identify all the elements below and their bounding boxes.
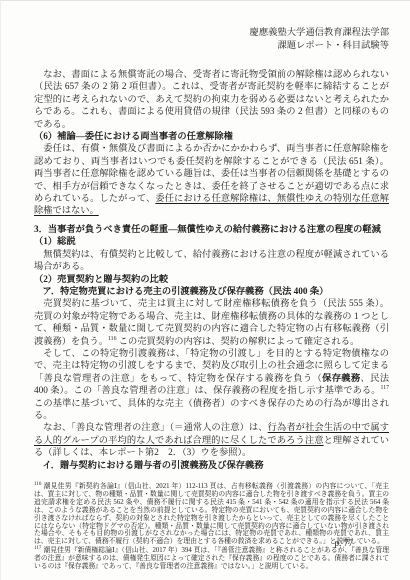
footnote-117-text: 潮見佳男『新債権総論Ⅰ』（信山社、2017 年）394 頁は、「『善管注意義務』… [34, 547, 389, 570]
paragraph-hozongimu-cont: この基準に基づいて、具体的な売主（債務者）のすべき保存のための行為が導出される。 [34, 399, 389, 421]
heading-section3-text: 3．当事者が負うべき責任の軽重―無償性ゆえの給付義務における注意の程度の軽減 [34, 225, 381, 235]
document-header: 慶應義塾大学通信教育課程法学部 課題レポート・科目試験等 [34, 27, 389, 53]
paragraph-baibai-cont: この売買契約の内容は、契約の解釈によって確定される。 [116, 337, 359, 347]
footnote-116-text: 潮見佳男『新契約各論Ⅰ』（信山社、2021 年）112-113 頁は、占有移転義… [34, 483, 389, 545]
header-university-line: 慶應義塾大学通信教育課程法学部 [34, 27, 389, 40]
heading-6-text: （6）補論―委任における両当事者の任意解除権 [34, 132, 233, 142]
paragraph-kitaku: なお、書面による無償寄託の場合、受寄者に寄託物受領前の解除権は認められない（民法… [34, 69, 389, 131]
paragraph-chui: なお、「善良な管理者の注意」（＝通常人の注意）は、行為者が社会生活の中で属する人… [34, 422, 389, 459]
paragraph-kitaku-text: なお、書面による無償寄託の場合、受寄者に寄託物受領前の解除権は認められない（民法… [34, 70, 389, 130]
paragraph-hozongimu-bold: 保存義務 [322, 374, 360, 384]
paragraph-sosetsu: 無償契約は、有償契約と比較して、給付義務における注意の程度が軽減されている場合が… [34, 249, 389, 274]
heading-3-2-text: （2）売買契約と贈与契約の比較 [34, 275, 168, 285]
footnote-117-marker: 117 [34, 546, 43, 551]
paragraph-inin: 委任は、有償・無償及び書面によるか否かにかかわらず、両当事者に任意解除権を認めて… [34, 143, 389, 217]
footnote-116-marker: 116 [34, 482, 43, 487]
footnote-117: 117潮見佳男『新債権総論Ⅰ』（信山社、2017 年）394 頁は、「『善管注意… [34, 547, 389, 571]
footnote-ref-117: 117 [381, 385, 389, 391]
heading-3-2-i-text: イ．贈与契約における贈与者の引渡義務及び保存義務 [42, 461, 263, 471]
header-report-line: 課題レポート・科目試験等 [34, 40, 389, 53]
document-body: なお、書面による無償寄託の場合、受寄者に寄託物受領前の解除権は認められない（民法… [34, 69, 389, 472]
heading-3-1-text: （1）総説 [34, 237, 76, 247]
document-page: 慶應義塾大学通信教育課程法学部 課題レポート・科目試験等 なお、書面による無償寄… [0, 0, 410, 580]
paragraph-chui-text: なお、「善良な管理者の注意」（＝通常人の注意）は、 [43, 423, 267, 433]
footnote-116: 116潮見佳男『新契約各論Ⅰ』（信山社、2021 年）112-113 頁は、占有… [34, 483, 389, 546]
paragraph-sosetsu-text: 無償契約は、有償契約と比較して、給付義務における注意の程度が軽減されている場合が… [34, 250, 389, 272]
heading-3-2-a-text: ア．特定物売買における売主の引渡義務及び保存義務（民法 400 条） [42, 287, 328, 297]
heading-3-2-i: イ．贈与契約における贈与者の引渡義務及び保存義務 [34, 460, 389, 472]
heading-3-1-sosetsu: （1）総説 [34, 236, 389, 248]
paragraph-hozongimu: そして、この特定物引渡義務は、「特定物の引渡し」を目的とする特定物債権なので、売… [34, 348, 389, 422]
page-number: p. 77 [334, 539, 353, 549]
paragraph-baibai: 売買契約に基づいて、売主は買主に対して財産権移転債務を負う（民法 555 条）。… [34, 298, 389, 348]
heading-section3: 3．当事者が負うべき責任の軽重―無償性ゆえの給付義務における注意の程度の軽減 [34, 224, 389, 236]
heading-6-horon: （6）補論―委任における両当事者の任意解除権 [34, 131, 389, 143]
heading-3-2-a: ア．特定物売買における売主の引渡義務及び保存義務（民法 400 条） [34, 286, 389, 298]
footnotes-section: 116潮見佳男『新契約各論Ⅰ』（信山社、2021 年）112-113 頁は、占有… [34, 483, 389, 571]
heading-3-2-hikaku: （2）売買契約と贈与契約の比較 [34, 274, 389, 286]
